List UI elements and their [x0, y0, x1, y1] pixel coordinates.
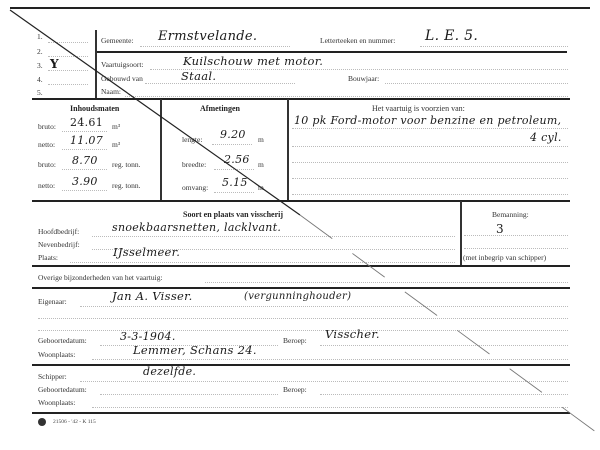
- schipper-label: Schipper:: [38, 372, 67, 381]
- lengte-value: 9.20: [220, 128, 246, 141]
- beroep-label: Beroep:: [283, 336, 307, 345]
- vaartuigsoort-label: Vaartuigsoort:: [101, 60, 144, 69]
- nevenbedrijf-label: Nevenbedrijf:: [38, 240, 80, 249]
- gebouwd-value: Staal.: [181, 69, 216, 83]
- woonplaats-value: Lemmer, Schans 24.: [133, 343, 257, 357]
- line-number: 3.: [37, 61, 43, 70]
- schipper-value: dezelfde.: [143, 365, 196, 378]
- geboortedatum-label: Geboortedatum:: [38, 336, 87, 345]
- inhoudsmaten-title: Inhoudsmaten: [70, 104, 119, 113]
- plaats-value: IJsselmeer.: [113, 245, 180, 259]
- plaats-label: Plaats:: [38, 253, 58, 262]
- woonplaats-label: Woonplaats:: [38, 350, 75, 359]
- line-number: 5.: [37, 88, 43, 97]
- gebouwd-label: Gebouwd van: [101, 74, 143, 83]
- bruto-tonn-value: 8.70: [72, 154, 98, 167]
- voorzien-line-1: 10 pk Ford-motor voor benzine en petrole…: [294, 114, 561, 127]
- beroep-value: Visscher.: [325, 327, 380, 341]
- hoofdbedrijf-value: snoekbaarsnetten, lacklvant.: [112, 221, 281, 234]
- printer-logo-icon: [38, 418, 46, 426]
- schipper-geboortedatum-label: Geboortedatum:: [38, 385, 87, 394]
- bemanning-value: 3: [496, 222, 504, 236]
- voorzien-line-2: 4 cyl.: [530, 131, 562, 144]
- schipper-beroep-label: Beroep:: [283, 385, 307, 394]
- bruto-m3-value: 24.61: [70, 116, 103, 129]
- afmetingen-title: Afmetingen: [200, 104, 240, 113]
- vaartuigsoort-value: Kuilschouw met motor.: [183, 54, 323, 68]
- eigenaar-value: Jan A. Visser.: [112, 289, 193, 303]
- line-number: 4.: [37, 75, 43, 84]
- visscherij-title: Soort en plaats van visscherij: [183, 210, 283, 219]
- footer-code: 21506 - '42 - K 115: [53, 419, 96, 425]
- voorzien-title: Het vaartuig is voorzien van:: [372, 104, 465, 113]
- bouwjaar-label: Bouwjaar:: [348, 74, 379, 83]
- gemeente-value: Ermstvelande.: [158, 29, 257, 44]
- naam-label: Naam:: [101, 87, 121, 96]
- bemanning-title: Bemanning:: [492, 210, 529, 219]
- letterteeken-label: Letterteeken en nummer:: [320, 36, 395, 45]
- geboortedatum-value: 3-3-1904.: [120, 330, 176, 343]
- netto-tonn-value: 3.90: [72, 175, 98, 188]
- schipper-woonplaats-label: Woonplaats:: [38, 398, 75, 407]
- letterteeken-value: L. E. 5.: [425, 28, 478, 44]
- omvang-value: 5.15: [222, 176, 248, 189]
- hoofdbedrijf-label: Hoofdbedrijf:: [38, 227, 79, 236]
- gemeente-label: Gemeente:: [101, 36, 133, 45]
- netto-m3-value: 11.07: [70, 134, 103, 147]
- numbered-mark: Y: [50, 57, 59, 71]
- line-number: 1.: [37, 32, 43, 41]
- bemanning-note: (met inbegrip van schipper): [463, 253, 546, 262]
- eigenaar-note: (vergunninghouder): [244, 291, 351, 302]
- overige-label: Overige bijzonderheden van het vaartuig:: [38, 273, 163, 282]
- breedte-value: 2.56: [224, 153, 250, 166]
- line-number: 2.: [37, 47, 43, 56]
- eigenaar-label: Eigenaar:: [38, 297, 67, 306]
- top-border: [10, 7, 590, 9]
- numbers-divider: [95, 30, 97, 98]
